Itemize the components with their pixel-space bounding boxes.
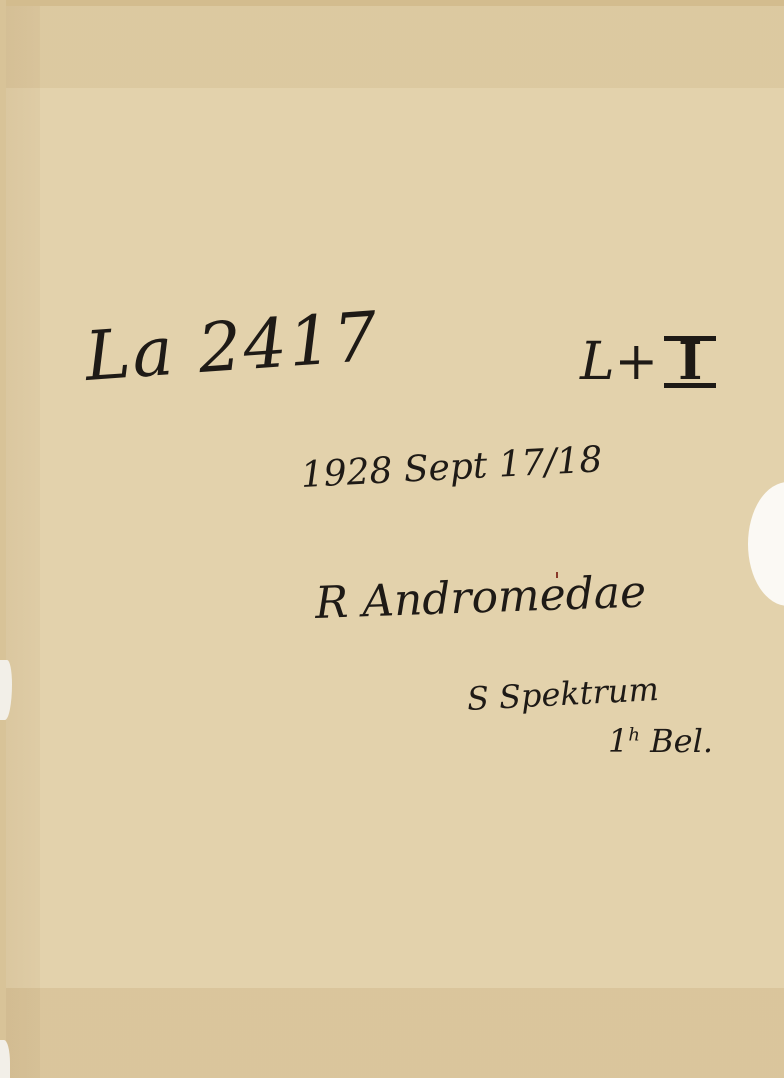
spectrum-note: S Spektrum xyxy=(466,670,660,718)
catalog-number: La 2417 xyxy=(82,298,381,397)
exposure-unit: h xyxy=(628,724,640,745)
plate-type-numeral: I xyxy=(664,336,716,388)
exposure-note: 1h Bel. xyxy=(608,722,713,760)
envelope-top-edge xyxy=(0,0,784,6)
plate-type-prefix: L+ xyxy=(580,332,658,392)
paper-tear-bottom xyxy=(0,1040,10,1078)
thumb-cutout xyxy=(748,482,784,606)
envelope-sheet: La 2417 L+I 1928 Sept 17/18 R Andromedae… xyxy=(0,0,784,1078)
exposure-value: 1 xyxy=(608,722,628,760)
plate-type: L+I xyxy=(580,332,716,392)
paper-tear xyxy=(0,660,12,720)
exposure-label: Bel. xyxy=(650,722,713,760)
observation-date: 1928 Sept 17/18 xyxy=(300,439,603,496)
envelope-left-edge xyxy=(0,0,6,1078)
object-name: R Andromedae xyxy=(314,566,647,629)
